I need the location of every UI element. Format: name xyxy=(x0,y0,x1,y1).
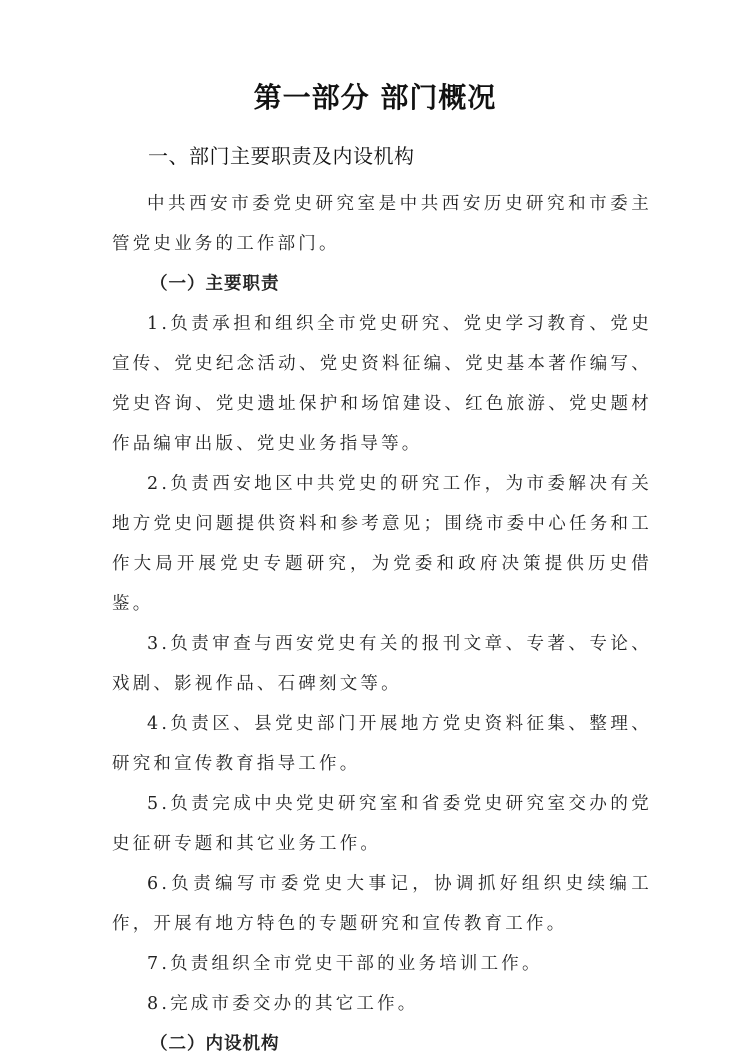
duty-item: 2.负责西安地区中共党史的研究工作，为市委解决有关地方党史问题提供资料和参考意见… xyxy=(112,464,652,624)
duty-item: 6.负责编写市委党史大事记，协调抓好组织史续编工作，开展有地方特色的专题研究和宣… xyxy=(112,864,652,944)
subsection-heading-duties: （一）主要职责 xyxy=(112,264,652,304)
section-heading: 一、部门主要职责及内设机构 xyxy=(148,140,415,169)
document-page: 第一部分 部门概况 一、部门主要职责及内设机构 中共西安市委党史研究室是中共西安… xyxy=(0,0,750,1061)
duty-item: 1.负责承担和组织全市党史研究、党史学习教育、党史宣传、党史纪念活动、党史资料征… xyxy=(112,304,652,464)
duty-item: 3.负责审查与西安党史有关的报刊文章、专著、专论、戏剧、影视作品、石碑刻文等。 xyxy=(112,624,652,704)
page-title: 第一部分 部门概况 xyxy=(0,76,750,116)
subsection-heading-structure: （二）内设机构 xyxy=(112,1024,652,1061)
intro-paragraph: 中共西安市委党史研究室是中共西安历史研究和市委主管党史业务的工作部门。 xyxy=(112,184,652,264)
document-body: 中共西安市委党史研究室是中共西安历史研究和市委主管党史业务的工作部门。 （一）主… xyxy=(112,184,652,1061)
duty-item: 4.负责区、县党史部门开展地方党史资料征集、整理、研究和宣传教育指导工作。 xyxy=(112,704,652,784)
duty-item: 8.完成市委交办的其它工作。 xyxy=(112,984,652,1024)
duty-item: 7.负责组织全市党史干部的业务培训工作。 xyxy=(112,944,652,984)
duty-item: 5.负责完成中央党史研究室和省委党史研究室交办的党史征研专题和其它业务工作。 xyxy=(112,784,652,864)
